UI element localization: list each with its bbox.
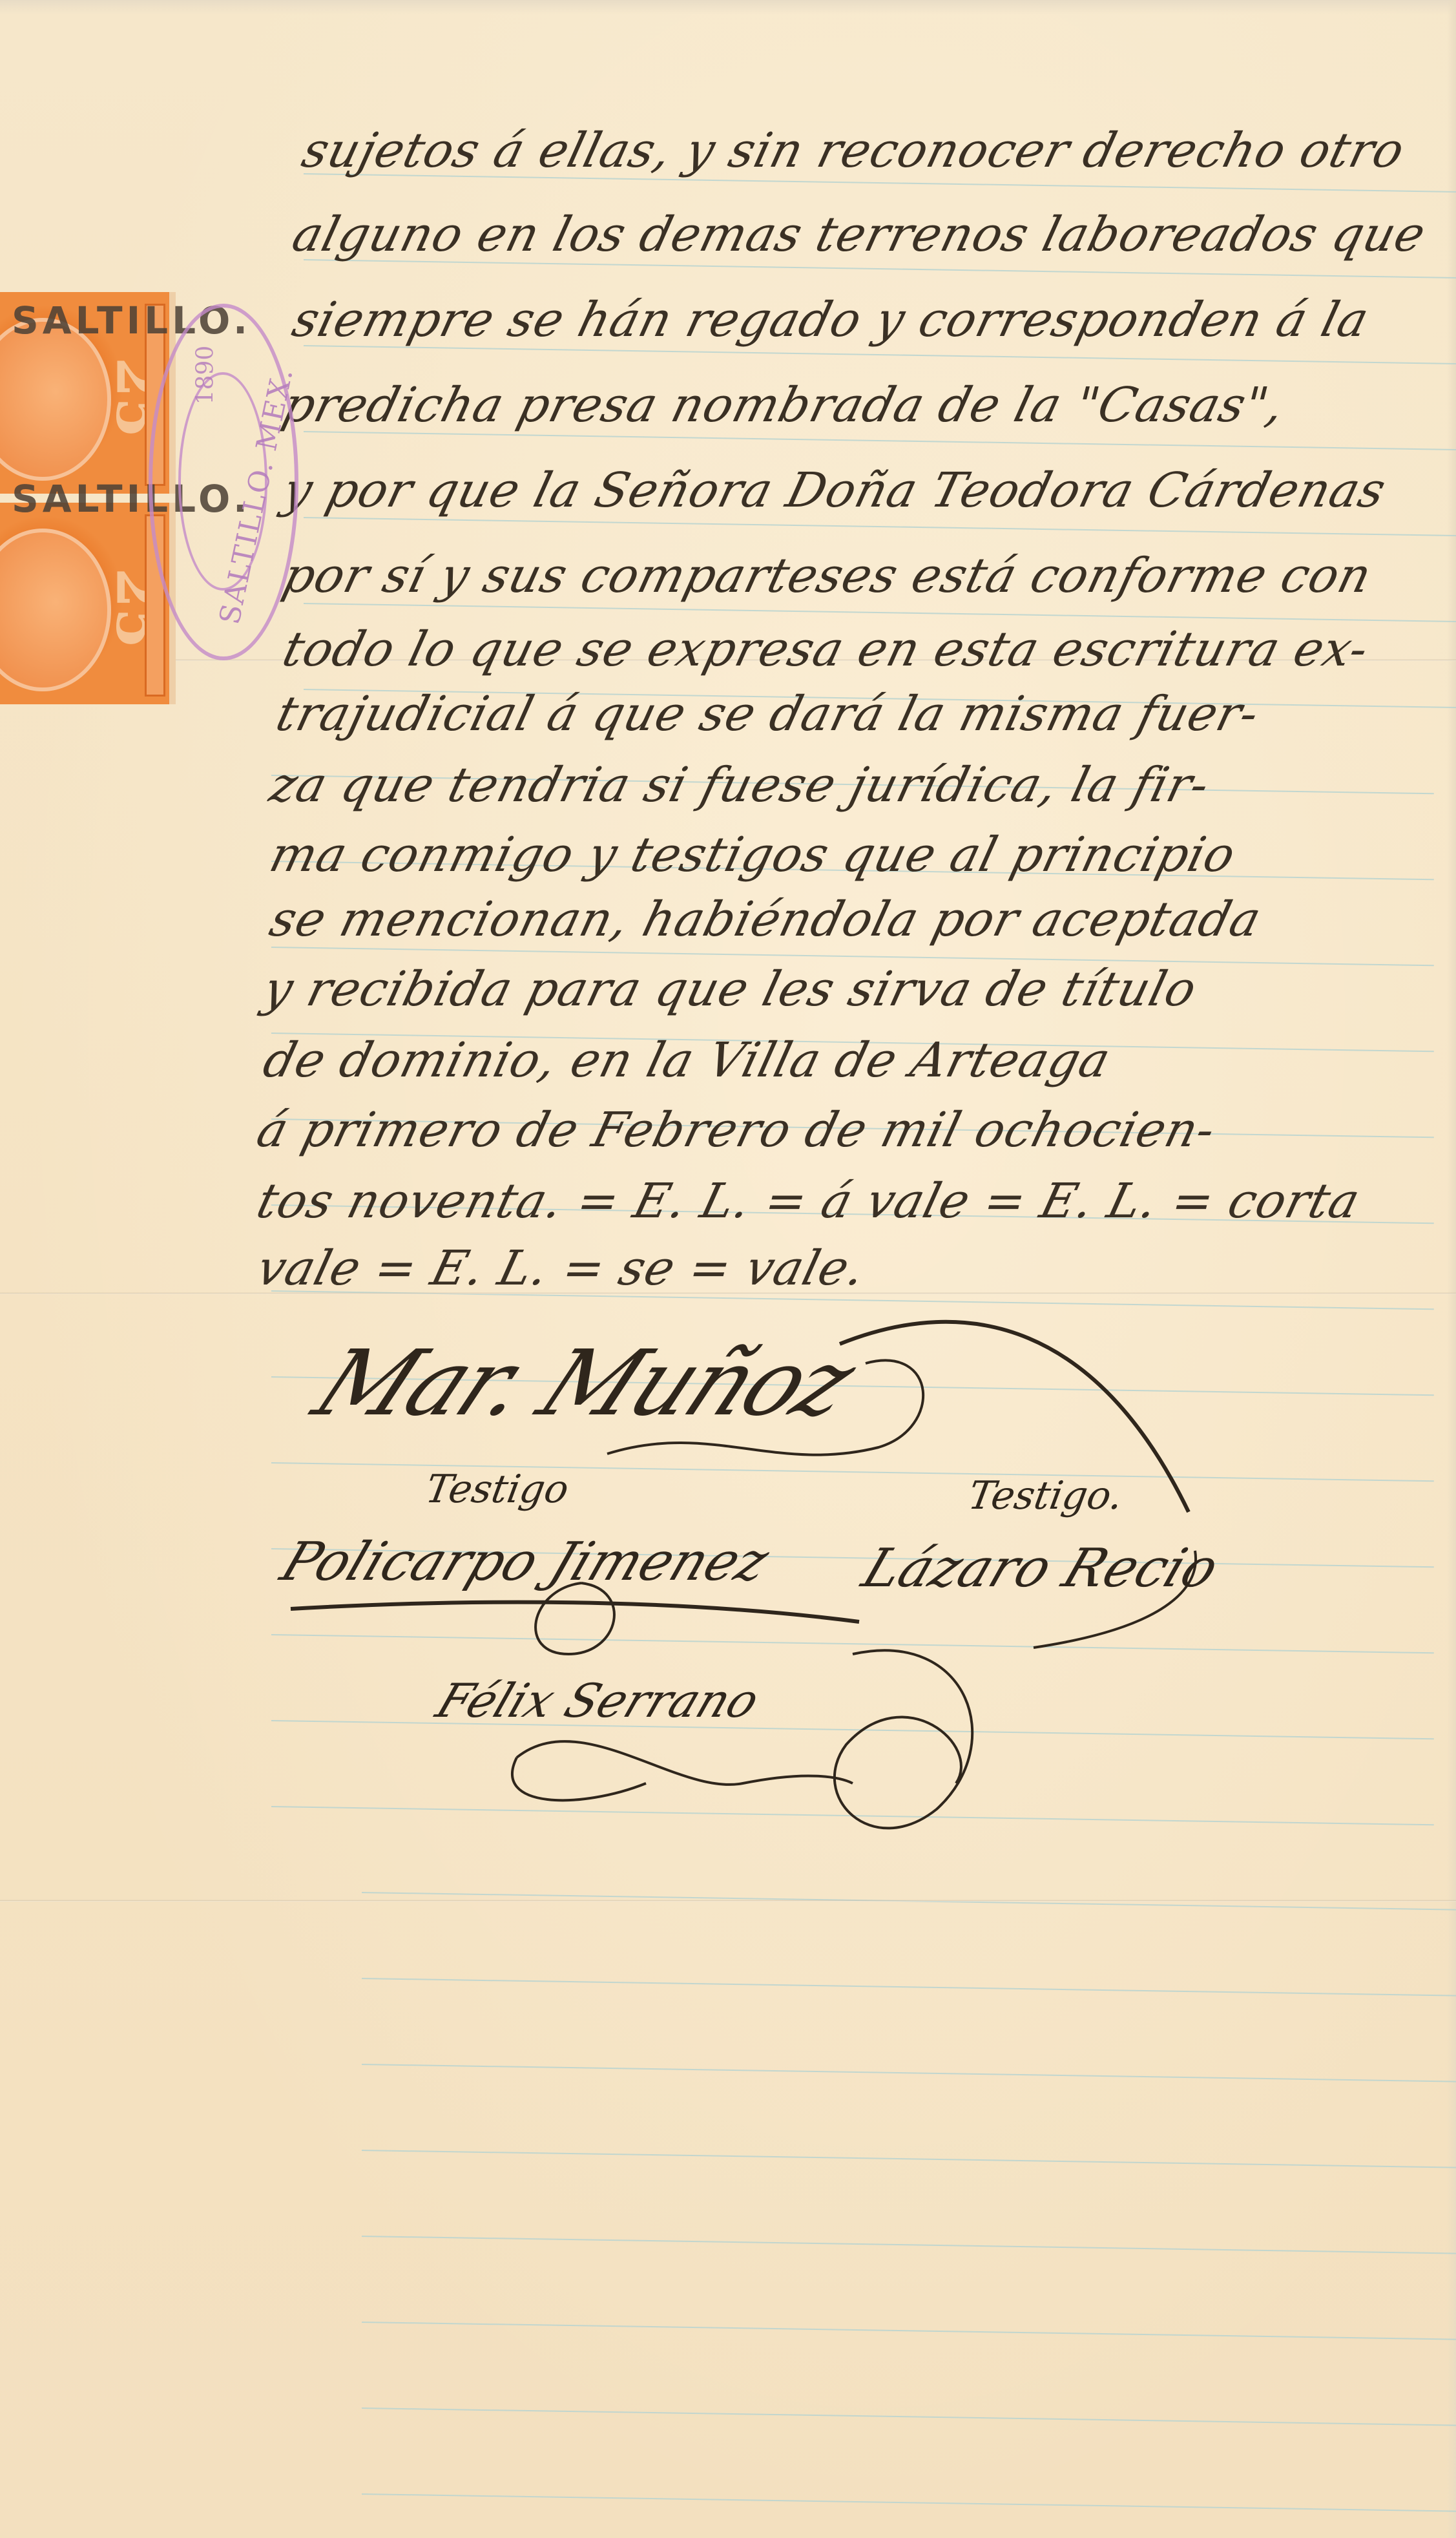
ruled-line <box>362 2493 1456 2513</box>
ruled-line <box>304 431 1456 450</box>
body-line: sujetos á ellas, y sin reconocer derecho… <box>296 123 1410 178</box>
witness-left-signature: Policarpo Jimenez <box>273 1531 777 1593</box>
body-line: trajudicial á que se dará la misma fuer- <box>271 686 1265 742</box>
body-line: za que tendria si fuese jurídica, la fir… <box>264 757 1215 813</box>
ruled-line <box>304 603 1456 622</box>
witness-right-signature: Lázaro Recio <box>855 1538 1227 1599</box>
body-line: vale = E. L. = se = vale. <box>251 1241 871 1296</box>
ruled-line <box>304 345 1456 364</box>
fold-crease-lower <box>0 1900 1456 1902</box>
body-line: por sí y sus comparteses está conforme c… <box>277 548 1377 603</box>
ruled-line <box>271 1806 1434 1825</box>
cancellation-date: 1890 <box>192 346 218 405</box>
paper-top-edge <box>0 0 1456 14</box>
revenue-stamp: 25 SALTILLO. <box>0 503 176 704</box>
body-line: de dominio, en la Villa de Arteaga <box>258 1033 1116 1088</box>
portrait-medallion <box>0 529 111 691</box>
body-line: todo lo que se expresa en esta escritura… <box>277 622 1374 677</box>
body-line: siempre se hán regado y corresponden á l… <box>287 292 1375 348</box>
ruled-line <box>362 1892 1456 1911</box>
ruled-line <box>362 2407 1456 2427</box>
third-signature: Félix Serrano <box>430 1673 767 1728</box>
principal-signature: Mar. Muñoz <box>298 1331 870 1436</box>
body-line: ma conmigo y testigos que al principio <box>264 827 1241 883</box>
ruled-line <box>362 2322 1456 2341</box>
body-line: alguno en los demas terrenos laboreados … <box>287 207 1431 262</box>
body-line: á primero de Febrero de mil ochocien- <box>251 1102 1221 1158</box>
ruled-line <box>362 2064 1456 2083</box>
ruled-line <box>304 517 1456 536</box>
body-line: se mencionan, habiéndola por aceptada <box>264 892 1267 947</box>
body-line: tos noventa. = E. L. = á vale = E. L. = … <box>251 1173 1366 1229</box>
ruled-line <box>362 1978 1456 1997</box>
paper-right-edge <box>1447 0 1456 2538</box>
ruled-line <box>362 2236 1456 2255</box>
ruled-line <box>271 1634 1434 1653</box>
ruled-line <box>362 2150 1456 2169</box>
body-line: predicha presa nombrada de la "Casas", <box>277 377 1291 433</box>
document-page: sujetos á ellas, y sin reconocer derecho… <box>0 0 1456 2538</box>
witness-left-label: Testigo <box>422 1467 572 1512</box>
witness-right-label: Testigo. <box>965 1473 1127 1518</box>
body-line: y recibida para que les sirva de título <box>258 961 1202 1017</box>
body-line: y por que la Señora Doña Teodora Cárdena… <box>277 463 1391 518</box>
